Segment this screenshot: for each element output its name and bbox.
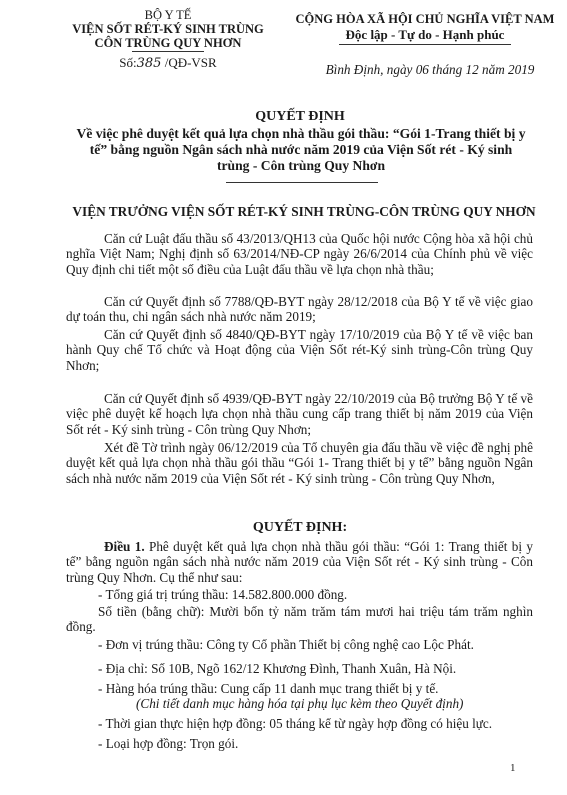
- winning-bidder: - Đơn vị trúng thầu: Công ty Cổ phần Thi…: [98, 637, 474, 653]
- legal-basis-2: Căn cứ Quyết định số 7788/QĐ-BYT ngày 28…: [66, 294, 533, 325]
- document-number: Số:385 /QĐ-VSR: [62, 56, 274, 71]
- article-1: Điều 1. Phê duyệt kết quả lựa chọn nhà t…: [66, 539, 533, 585]
- goods-appendix-note: (Chi tiết danh mục hàng hóa tại phụ lục …: [136, 696, 463, 712]
- contract-duration: - Thời gian thực hiện hợp đồng: 05 tháng…: [98, 716, 492, 732]
- page-number: 1: [510, 762, 516, 774]
- total-bid-value: - Tổng giá trị trúng thầu: 14.582.800.00…: [98, 587, 347, 603]
- number-suffix: /QĐ-VSR: [161, 55, 216, 70]
- legal-basis-5: Xét đề Tờ trình ngày 06/12/2019 của Tổ c…: [66, 440, 533, 486]
- handwritten-number: 385: [137, 56, 162, 71]
- legal-basis-3: Căn cứ Quyết định số 4840/QĐ-BYT ngày 17…: [66, 327, 533, 373]
- article-1-label: Điều 1.: [104, 539, 145, 554]
- ministry-name: BỘ Y TẾ: [62, 8, 274, 22]
- bidder-address: - Địa chỉ: Số 10B, Ngõ 162/12 Khương Đìn…: [98, 661, 456, 677]
- legal-basis-4: Căn cứ Quyết định số 4939/QĐ-BYT ngày 22…: [66, 391, 533, 437]
- institute-name-line1: VIỆN SỐT RÉT-KÝ SINH TRÙNG: [62, 22, 274, 36]
- national-motto: Độc lập - Tự do - Hạnh phúc: [283, 27, 567, 42]
- institute-name-line2: CÔN TRÙNG QUY NHƠN: [62, 36, 274, 50]
- issuing-agency-header: BỘ Y TẾ VIỆN SỐT RÉT-KÝ SINH TRÙNG CÔN T…: [62, 8, 274, 71]
- place-date: Bình Định, ngày 06 tháng 12 năm 2019: [300, 62, 560, 78]
- national-header: CỘNG HÒA XÃ HỘI CHỦ NGHĨA VIỆT NAM Độc l…: [283, 12, 567, 45]
- header-divider: [132, 51, 204, 52]
- legal-basis-1: Căn cứ Luật đấu thầu số 43/2013/QH13 của…: [66, 231, 533, 277]
- subject-divider: [226, 182, 378, 183]
- number-prefix: Số:: [119, 55, 136, 70]
- country-name: CỘNG HÒA XÃ HỘI CHỦ NGHĨA VIỆT NAM: [283, 12, 567, 27]
- contract-type: - Loại hợp đồng: Trọn gói.: [98, 736, 238, 752]
- document-subject: Về việc phê duyệt kết quả lựa chọn nhà t…: [72, 126, 530, 174]
- motto-divider: [339, 44, 511, 45]
- issuing-authority: VIỆN TRƯỞNG VIỆN SỐT RÉT-KÝ SINH TRÙNG-C…: [64, 204, 544, 220]
- decision-heading: QUYẾT ĐỊNH:: [60, 520, 540, 536]
- document-title: QUYẾT ĐỊNH: [60, 109, 540, 125]
- winning-goods: - Hàng hóa trúng thầu: Cung cấp 11 danh …: [98, 681, 438, 697]
- amount-in-words: Số tiền (bằng chữ): Mười bốn tỷ năm trăm…: [66, 604, 533, 635]
